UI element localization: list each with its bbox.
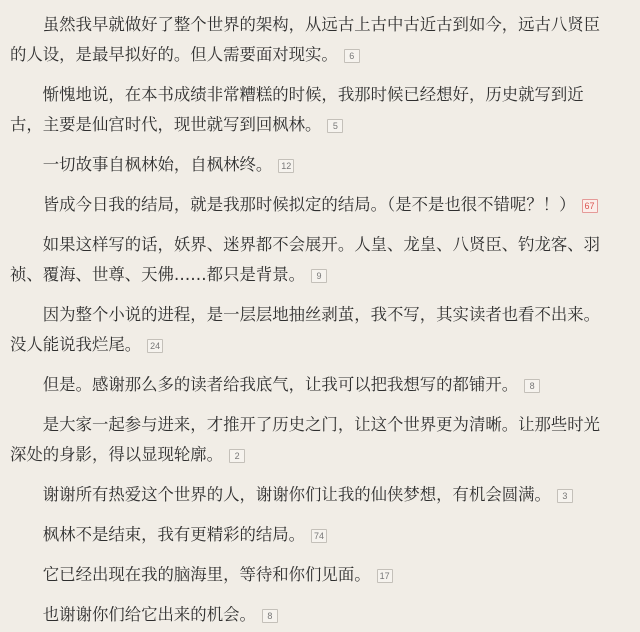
- paragraph-text: 如果这样写的话，妖界、迷界都不会展开。人皇、龙皇、八贤臣、钓龙客、羽祯、覆海、世…: [10, 235, 600, 284]
- paragraph: 枫林不是结束，我有更精彩的结局。74: [10, 520, 610, 550]
- paragraph-text: 但是。感谢那么多的读者给我底气，让我可以把我想写的都铺开。: [43, 375, 518, 394]
- paragraph-comment-badge[interactable]: 3: [557, 489, 573, 503]
- paragraph-comment-badge-hot[interactable]: 67: [582, 199, 598, 213]
- paragraph: 因为整个小说的进程，是一层层地抽丝剥茧，我不写，其实读者也看不出来。没人能说我烂…: [10, 300, 610, 360]
- paragraph-comment-badge[interactable]: 74: [311, 529, 327, 543]
- paragraph: 虽然我早就做好了整个世界的架构，从远古上古中古近古到如今，远古八贤臣的人设，是最…: [10, 10, 610, 70]
- paragraph-text: 也谢谢你们给它出来的机会。: [43, 605, 256, 624]
- paragraph-comment-badge[interactable]: 6: [344, 49, 360, 63]
- paragraph-text: 谢谢所有热爱这个世界的人，谢谢你们让我的仙侠梦想，有机会圆满。: [43, 485, 551, 504]
- paragraph-text: 它已经出现在我的脑海里，等待和你们见面。: [43, 565, 371, 584]
- paragraph: 皆成今日我的结局，就是我那时候拟定的结局。（是不是也很不错呢？！）67: [10, 190, 610, 220]
- paragraph-comment-badge[interactable]: 8: [262, 609, 278, 623]
- paragraph: 但是。感谢那么多的读者给我底气，让我可以把我想写的都铺开。8: [10, 370, 610, 400]
- paragraph: 也谢谢你们给它出来的机会。8: [10, 600, 610, 630]
- paragraph-comment-badge[interactable]: 12: [278, 159, 294, 173]
- paragraph-text: 虽然我早就做好了整个世界的架构，从远古上古中古近古到如今，远古八贤臣的人设，是最…: [10, 15, 600, 64]
- paragraph-comment-badge[interactable]: 2: [229, 449, 245, 463]
- paragraph-comment-badge[interactable]: 24: [147, 339, 163, 353]
- paragraph-text: 因为整个小说的进程，是一层层地抽丝剥茧，我不写，其实读者也看不出来。没人能说我烂…: [10, 305, 600, 354]
- paragraph-text: 枫林不是结束，我有更精彩的结局。: [43, 525, 305, 544]
- paragraph-text: 皆成今日我的结局，就是我那时候拟定的结局。（是不是也很不错呢？！）: [43, 195, 576, 214]
- paragraph-text: 一切故事自枫林始，自枫林终。: [43, 155, 272, 174]
- paragraph: 一切故事自枫林始，自枫林终。12: [10, 150, 610, 180]
- paragraph-text: 是大家一起参与进来，才推开了历史之门，让这个世界更为清晰。让那些时光深处的身影，…: [10, 415, 600, 464]
- paragraph-comment-badge[interactable]: 9: [311, 269, 327, 283]
- paragraph: 它已经出现在我的脑海里，等待和你们见面。17: [10, 560, 610, 590]
- paragraph: 是大家一起参与进来，才推开了历史之门，让这个世界更为清晰。让那些时光深处的身影，…: [10, 410, 610, 470]
- paragraph: 如果这样写的话，妖界、迷界都不会展开。人皇、龙皇、八贤臣、钓龙客、羽祯、覆海、世…: [10, 230, 610, 290]
- paragraph-comment-badge[interactable]: 8: [524, 379, 540, 393]
- paragraph-comment-badge[interactable]: 5: [327, 119, 343, 133]
- paragraph: 谢谢所有热爱这个世界的人，谢谢你们让我的仙侠梦想，有机会圆满。3: [10, 480, 610, 510]
- paragraph: 惭愧地说，在本书成绩非常糟糕的时候，我那时候已经想好，历史就写到近古，主要是仙宫…: [10, 80, 610, 140]
- reader-content: 虽然我早就做好了整个世界的架构，从远古上古中古近古到如今，远古八贤臣的人设，是最…: [0, 0, 640, 630]
- paragraph-text: 惭愧地说，在本书成绩非常糟糕的时候，我那时候已经想好，历史就写到近古，主要是仙宫…: [10, 85, 584, 134]
- paragraph-comment-badge[interactable]: 17: [377, 569, 393, 583]
